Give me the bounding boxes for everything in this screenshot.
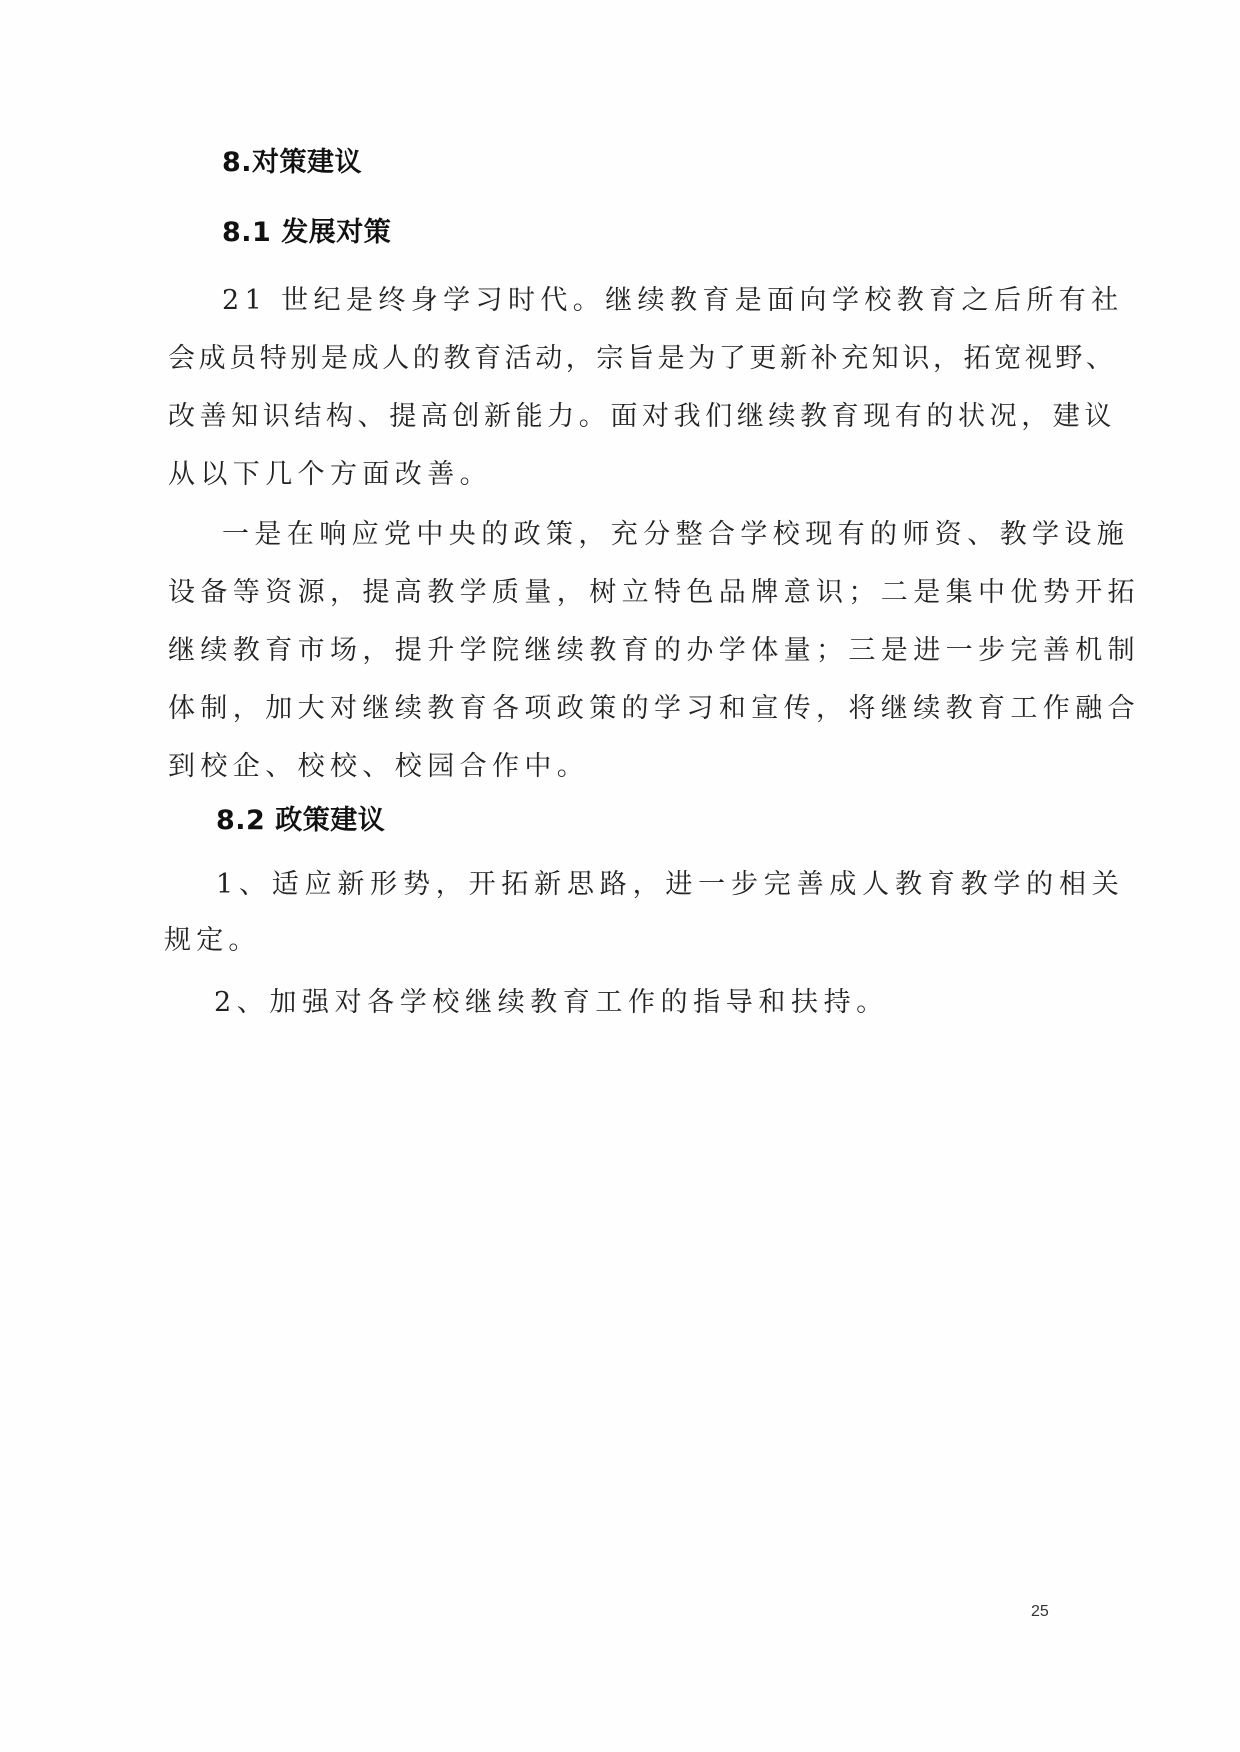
paragraph-line: 从以下几个方面改善。 bbox=[168, 452, 492, 491]
paragraph-line: 设备等资源，提高教学质量，树立特色品牌意识；二是集中优势开拓 bbox=[168, 570, 1140, 609]
subsection-title-policy: 8.2 政策建议 bbox=[216, 798, 385, 837]
paragraph-line: 到校企、校校、校园合作中。 bbox=[168, 744, 589, 783]
paragraph-line: 一是在响应党中央的政策，充分整合学校现有的师资、教学设施 bbox=[222, 512, 1129, 551]
page-number: 25 bbox=[1031, 1603, 1049, 1621]
paragraph-line: 继续教育市场，提升学院继续教育的办学体量；三是进一步完善机制 bbox=[168, 628, 1140, 667]
section-title: 8.对策建议 bbox=[222, 140, 362, 179]
paragraph-line: 规定。 bbox=[164, 918, 261, 957]
paragraph-line: 2、加强对各学校继续教育工作的指导和扶持。 bbox=[214, 980, 889, 1019]
subsection-title-development: 8.1 发展对策 bbox=[222, 210, 391, 249]
document-page: 8.对策建议 8.1 发展对策 21 世纪是终身学习时代。继续教育是面向学校教育… bbox=[0, 0, 1240, 1752]
paragraph-line: 1、适应新形势，开拓新思路，进一步完善成人教育教学的相关 bbox=[216, 862, 1125, 901]
paragraph-line: 会成员特别是成人的教育活动，宗旨是为了更新补充知识，拓宽视野、 bbox=[168, 336, 1117, 375]
paragraph-line: 体制，加大对继续教育各项政策的学习和宣传，将继续教育工作融合 bbox=[168, 686, 1140, 725]
paragraph-line: 21 世纪是终身学习时代。继续教育是面向学校教育之后所有社 bbox=[222, 278, 1124, 317]
paragraph-line: 改善知识结构、提高创新能力。面对我们继续教育现有的状况，建议 bbox=[168, 394, 1116, 433]
